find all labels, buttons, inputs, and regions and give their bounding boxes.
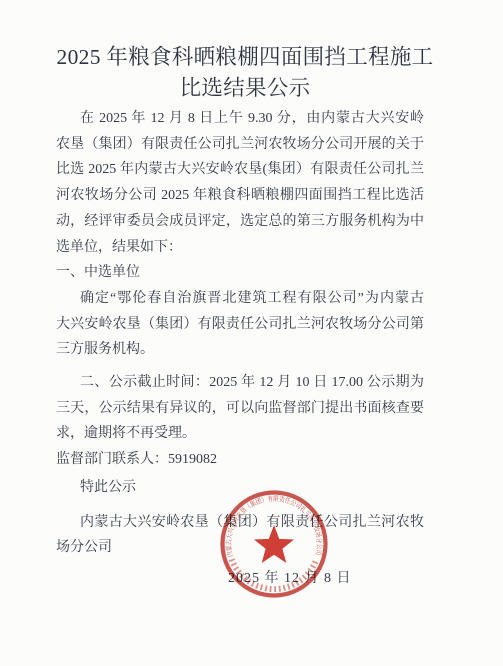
paragraph-winner: 确定“鄂伦春自治旗晋北建筑工程有限公司”为内蒙古 大兴安岭农垦（集团）有限责任公… (56, 286, 424, 363)
document-title: 2025 年粮食科晒粮棚四面围挡工程施工 比选结果公示 (54, 42, 436, 104)
text-line: 农垦（集团）有限责任公司扎兰河农牧场分公司开展的关于 (56, 132, 424, 158)
text-line: 选单位，结果如下： (56, 235, 424, 261)
title-line-2: 比选结果公示 (54, 73, 436, 104)
paragraph-issuer: 内蒙古大兴安岭农垦（集团）有限责任公司扎兰河农牧 场分公司 (56, 510, 424, 561)
section-heading-winner: 一、中选单位 (56, 260, 424, 286)
text-line: 河农牧场分公司 2025 年粮食科晒粮棚四面围挡工程比选活 (56, 183, 424, 209)
paragraph-deadline: 二、公示截止时间：2025 年 12 月 10 日 17.00 公示期为 三天，… (56, 370, 424, 447)
text-line: 特此公示 (56, 475, 424, 501)
paragraph-intro: 在 2025 年 12 月 8 日上午 9.30 分，由内蒙古大兴安岭 农垦（集… (56, 106, 424, 260)
paragraph-hereby-announced: 特此公示 (56, 475, 424, 501)
text-line: 一、中选单位 (56, 260, 424, 286)
document-page: 2025 年粮食科晒粮棚四面围挡工程施工 比选结果公示 在 2025 年 12 … (0, 0, 503, 666)
document-content: 2025 年粮食科晒粮棚四面围挡工程施工 比选结果公示 在 2025 年 12 … (0, 0, 503, 592)
text-line: 内蒙古大兴安岭农垦（集团）有限责任公司扎兰河农牧 (56, 510, 424, 536)
text-line: 在 2025 年 12 月 8 日上午 9.30 分，由内蒙古大兴安岭 (56, 106, 424, 132)
title-line-1: 2025 年粮食科晒粮棚四面围挡工程施工 (54, 42, 436, 73)
text-line: 三天，公示结果有异议的，可以向监督部门提出书面核查要 (56, 396, 424, 422)
text-line: 动，经评审委员会成员评定，选定总的第三方服务机构为中 (56, 209, 424, 235)
text-line: 场分公司 (56, 535, 424, 561)
text-line: 三方服务机构。 (56, 337, 424, 363)
date-line: 2025 年 12 月 8 日 (56, 566, 424, 592)
text-line: 确定“鄂伦春自治旗晋北建筑工程有限公司”为内蒙古 (56, 286, 424, 312)
text-line: 二、公示截止时间：2025 年 12 月 10 日 17.00 公示期为 (56, 370, 424, 396)
text-line: 监督部门联系人：5919082 (56, 447, 424, 473)
text-line: 大兴安岭农垦（集团）有限责任公司扎兰河农牧场分公司第 (56, 312, 424, 338)
paragraph-supervisor-contact: 监督部门联系人：5919082 (56, 447, 424, 473)
text-line: 比选 2025 年内蒙古大兴安岭农垦(集团）有限责任公司扎兰 (56, 157, 424, 183)
text-line: 求，逾期将不再受理。 (56, 421, 424, 447)
